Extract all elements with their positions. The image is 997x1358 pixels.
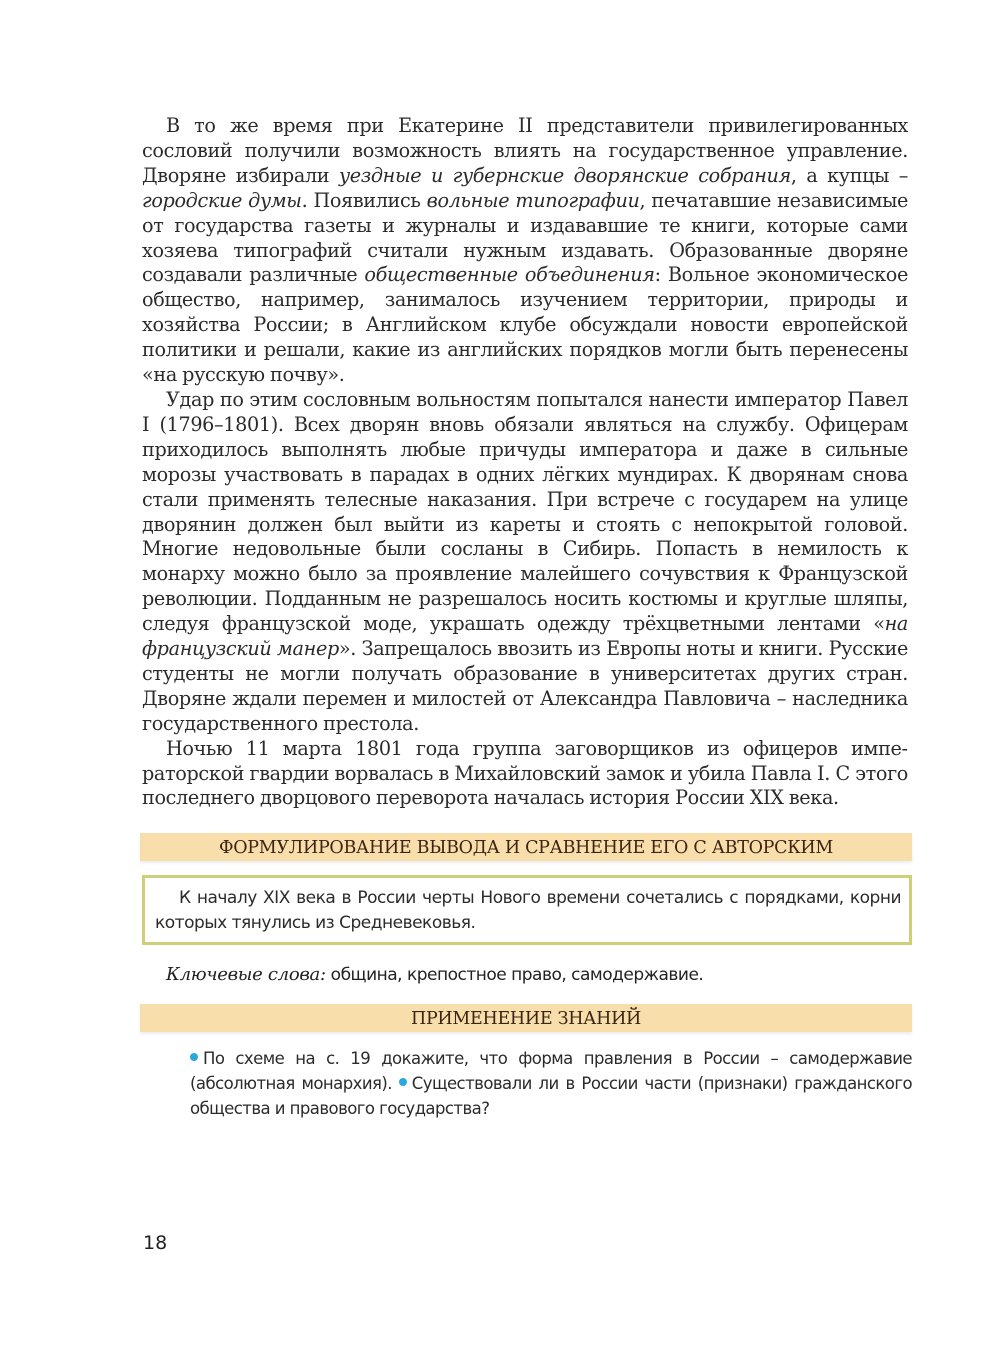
conclusion-text: К началу XIX века в России черты Нового …	[155, 886, 901, 936]
keywords-line: Ключевые слова: община, крепостное право…	[142, 961, 908, 988]
conclusion-heading: ФОРМУЛИРОВАНИЕ ВЫВОДА И СРАВНЕНИЕ ЕГО С …	[140, 833, 912, 861]
bullet-dot-icon	[399, 1078, 407, 1086]
bullet-dot-icon	[190, 1053, 198, 1061]
tasks-block: По схеме на с. 19 докажите, что форма пр…	[190, 1046, 912, 1121]
emphasized-term: городские думы	[142, 189, 302, 212]
text-run: , а купцы –	[791, 164, 908, 187]
text-run: Удар по этим сословным вольностям попыта…	[142, 388, 908, 635]
keywords-list: община, крепостное право, самодержавие.	[326, 965, 704, 985]
paragraph-3: Ночью 11 марта 1801 года группа заговорщ…	[142, 737, 908, 812]
paragraph-2: Удар по этим сословным вольностям попыта…	[142, 388, 908, 737]
keywords-label: Ключевые слова:	[166, 964, 326, 985]
page-number: 18	[143, 1232, 167, 1254]
text-run: Ночью 11 марта 1801 года группа заговорщ…	[142, 737, 908, 810]
text-run: . Появились	[302, 189, 427, 212]
emphasized-term: вольные типографии	[427, 189, 640, 212]
emphasized-term: общественные объедине­ния	[364, 263, 654, 286]
emphasized-term: уездные и губернские дворянские собрания	[339, 164, 791, 187]
main-text: В то же время при Екатерине II представи…	[142, 114, 908, 811]
textbook-page: В то же время при Екатерине II представи…	[142, 114, 908, 1121]
paragraph-1: В то же время при Екатерине II представи…	[142, 114, 908, 388]
apply-knowledge-heading: ПРИМЕНЕНИЕ ЗНАНИЙ	[140, 1004, 912, 1032]
conclusion-box: К началу XIX века в России черты Нового …	[142, 875, 912, 945]
